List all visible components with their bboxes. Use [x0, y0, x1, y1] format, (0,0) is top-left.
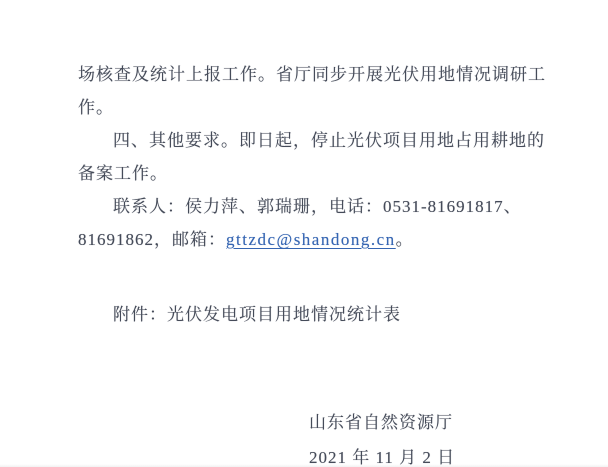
signature-block: 山东省自然资源厅 2021 年 11 月 2 日	[309, 405, 583, 467]
issuing-authority: 山东省自然资源厅	[309, 405, 583, 440]
attachment-line: 附件：光伏发电项目用地情况统计表	[78, 298, 583, 331]
paragraph-other-requirements: 四、其他要求。即日起，停止光伏项目用地占用耕地的 备案工作。	[78, 124, 583, 190]
paragraph-contact: 联系人：侯力萍、郭瑞珊，电话：0531-81691817、 81691862，邮…	[78, 190, 583, 256]
email-link[interactable]: gttzdc@shandong.cn	[226, 230, 396, 249]
contact-text-after-email: 。	[396, 230, 414, 249]
issue-date: 2021 年 11 月 2 日	[309, 440, 583, 467]
document-page: 场核查及统计上报工作。省厅同步开展光伏用地情况调研工 作。 四、其他要求。即日起…	[0, 0, 608, 467]
document-content: 场核查及统计上报工作。省厅同步开展光伏用地情况调研工 作。 四、其他要求。即日起…	[78, 58, 583, 467]
paragraph-continuation: 场核查及统计上报工作。省厅同步开展光伏用地情况调研工 作。	[78, 58, 583, 124]
